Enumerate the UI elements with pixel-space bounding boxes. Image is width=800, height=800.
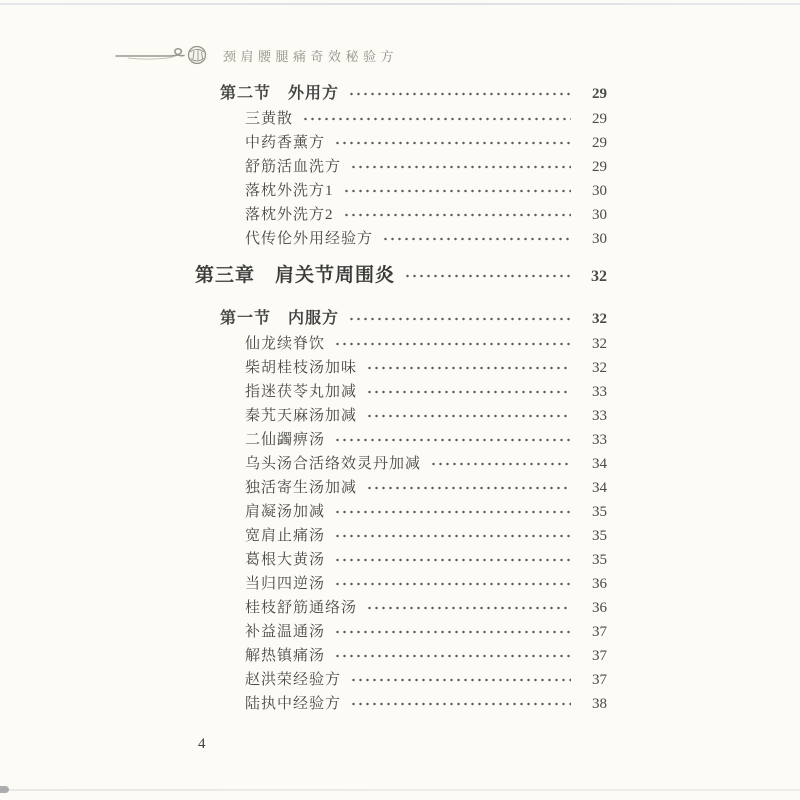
toc-dot-leader — [343, 187, 571, 195]
toc-dot-leader — [334, 532, 571, 540]
toc-entry: 第二节 外用方 29 — [195, 80, 607, 107]
toc-entry: 乌头汤合活络效灵丹加减 34 — [195, 452, 607, 476]
toc-entry-label: 秦艽天麻汤加减 — [245, 404, 357, 428]
toc-entry-label: 落枕外洗方1 — [245, 179, 334, 203]
toc-dot-leader — [366, 388, 571, 396]
toc-entry-label: 陆执中经验方 — [245, 692, 341, 716]
toc-entry: 柴胡桂枝汤加味 32 — [195, 356, 607, 380]
toc-entry-page: 33 — [577, 404, 607, 428]
toc-dot-leader — [366, 412, 571, 420]
toc-entry: 桂枝舒筋通络汤 36 — [195, 596, 607, 620]
toc-entry-page: 33 — [577, 380, 607, 404]
toc-entry-label: 补益温通汤 — [245, 620, 325, 644]
toc-entry-page: 34 — [577, 476, 607, 500]
toc-entry-label: 三黄散 — [245, 107, 293, 131]
toc-entry-page: 34 — [577, 452, 607, 476]
toc-dot-leader — [334, 556, 571, 564]
toc-entry: 葛根大黄汤 35 — [195, 548, 607, 572]
toc-entry-label: 指迷茯苓丸加减 — [245, 380, 357, 404]
toc-entry-page: 30 — [577, 179, 607, 203]
toc-entry-page: 29 — [577, 155, 607, 179]
toc-entry: 秦艽天麻汤加减 33 — [195, 404, 607, 428]
toc-entry-page: 37 — [577, 620, 607, 644]
toc-entry-label: 二仙蠲痹汤 — [245, 428, 325, 452]
toc-entry-label: 桂枝舒筋通络汤 — [245, 596, 357, 620]
toc-entry: 宽肩止痛汤 35 — [195, 524, 607, 548]
toc-entry-page: 32 — [577, 332, 607, 356]
toc-entry-page: 35 — [577, 524, 607, 548]
toc-entry-page: 30 — [577, 203, 607, 227]
toc-entry: 补益温通汤 37 — [195, 620, 607, 644]
toc-entry-page: 29 — [577, 81, 607, 108]
toc-dot-leader — [404, 272, 571, 280]
toc-entry: 第三章 肩关节周围炎 32 — [195, 261, 607, 291]
toc-dot-leader — [350, 676, 571, 684]
toc-entry-page: 37 — [577, 668, 607, 692]
toc-entry-page: 29 — [577, 107, 607, 131]
toc-dot-leader — [366, 364, 571, 372]
toc-entry: 落枕外洗方1 30 — [195, 179, 607, 203]
toc-entry: 落枕外洗方2 30 — [195, 203, 607, 227]
toc-entry: 仙龙续脊饮 32 — [195, 332, 607, 356]
toc-entry: 中药香薰方 29 — [195, 131, 607, 155]
toc-entry: 肩凝汤加减 35 — [195, 500, 607, 524]
toc-dot-leader — [334, 508, 571, 516]
toc-entry-label: 肩凝汤加减 — [245, 500, 325, 524]
toc-entry: 代传伦外用经验方 30 — [195, 227, 607, 251]
toc-entry-label: 乌头汤合活络效灵丹加减 — [245, 452, 421, 476]
toc-dot-leader — [348, 315, 571, 323]
toc-entry-page: 38 — [577, 692, 607, 716]
toc-entry-label: 第三章 肩关节周围炎 — [195, 261, 395, 291]
toc-entry-label: 解热镇痛汤 — [245, 644, 325, 668]
toc-entry-page: 29 — [577, 131, 607, 155]
toc-entry-label: 宽肩止痛汤 — [245, 524, 325, 548]
toc-list: 第二节 外用方 29 三黄散 29 中药香薰方 29 舒筋活血洗方 29 落枕外… — [195, 80, 607, 716]
toc-entry: 当归四逆汤 36 — [195, 572, 607, 596]
toc-dot-leader — [334, 436, 571, 444]
toc-dot-leader — [366, 484, 571, 492]
toc-dot-leader — [348, 90, 571, 98]
toc-entry-label: 舒筋活血洗方 — [245, 155, 341, 179]
toc-entry-page: 35 — [577, 548, 607, 572]
toc-entry: 赵洪荣经验方 37 — [195, 668, 607, 692]
toc-entry: 陆执中经验方 38 — [195, 692, 607, 716]
toc-entry-page: 36 — [577, 572, 607, 596]
toc-dot-leader — [350, 700, 571, 708]
toc-dot-leader — [334, 652, 571, 660]
toc-entry-label: 代传伦外用经验方 — [245, 227, 373, 251]
toc-entry: 三黄散 29 — [195, 107, 607, 131]
toc-entry-page: 32 — [577, 356, 607, 380]
toc-entry: 指迷茯苓丸加减 33 — [195, 380, 607, 404]
page-bottom-edge — [0, 789, 800, 791]
toc-dot-leader — [366, 604, 571, 612]
toc-entry-page: 32 — [577, 306, 607, 333]
toc-entry: 独活寄生汤加减 34 — [195, 476, 607, 500]
toc-entry-label: 柴胡桂枝汤加味 — [245, 356, 357, 380]
toc-entry-label: 当归四逆汤 — [245, 572, 325, 596]
toc-entry-page: 36 — [577, 596, 607, 620]
toc-dot-leader — [334, 139, 571, 147]
toc-entry-page: 33 — [577, 428, 607, 452]
page-header: 颈肩腰腿痛奇效秘验方 — [114, 42, 398, 68]
scroll-flourish-icon — [114, 42, 210, 68]
toc-dot-leader — [382, 235, 571, 243]
toc-dot-leader — [350, 163, 571, 171]
toc-entry-label: 独活寄生汤加减 — [245, 476, 357, 500]
toc-entry-label: 赵洪荣经验方 — [245, 668, 341, 692]
toc-dot-leader — [430, 460, 571, 468]
toc-entry-label: 第二节 外用方 — [220, 80, 339, 107]
toc-entry: 二仙蠲痹汤 33 — [195, 428, 607, 452]
toc-dot-leader — [334, 628, 571, 636]
toc-entry-page: 30 — [577, 227, 607, 251]
toc-dot-leader — [302, 115, 571, 123]
toc-entry-page: 37 — [577, 644, 607, 668]
toc-entry-page: 35 — [577, 500, 607, 524]
toc-dot-leader — [334, 580, 571, 588]
toc-entry-label: 仙龙续脊饮 — [245, 332, 325, 356]
toc-entry-page: 32 — [577, 262, 607, 292]
toc-entry: 舒筋活血洗方 29 — [195, 155, 607, 179]
toc-entry-label: 葛根大黄汤 — [245, 548, 325, 572]
toc-dot-leader — [334, 340, 571, 348]
toc-entry-label: 落枕外洗方2 — [245, 203, 334, 227]
book-page: 颈肩腰腿痛奇效秘验方 第二节 外用方 29 三黄散 29 中药香薰方 29 舒筋… — [0, 0, 800, 800]
scan-edge-mark — [0, 786, 9, 793]
toc-entry: 解热镇痛汤 37 — [195, 644, 607, 668]
toc-dot-leader — [343, 211, 571, 219]
page-top-edge — [0, 3, 800, 5]
toc-entry: 第一节 内服方 32 — [195, 305, 607, 332]
toc-entry-label: 中药香薰方 — [245, 131, 325, 155]
running-head-title: 颈肩腰腿痛奇效秘验方 — [223, 46, 398, 65]
folio-page-number: 4 — [198, 736, 206, 753]
toc-entry-label: 第一节 内服方 — [220, 305, 339, 332]
